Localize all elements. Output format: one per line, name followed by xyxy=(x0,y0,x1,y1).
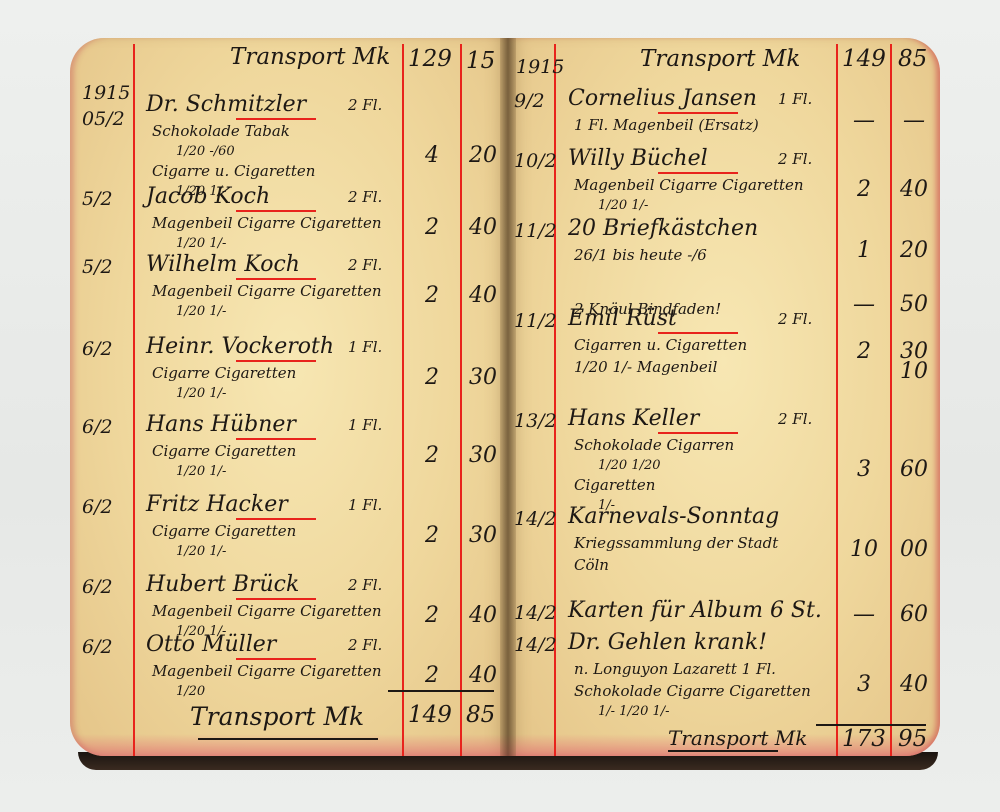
entry-date: 6/2 xyxy=(82,338,113,360)
entry-quantity: 2 Fl. xyxy=(348,636,382,654)
footer-underline xyxy=(198,738,378,740)
entry-amount-mark: 1 xyxy=(838,238,890,263)
entry-date: 14/2 xyxy=(514,634,557,656)
footer-pfennig: 95 xyxy=(898,726,927,752)
entry-amount-mark: 2 xyxy=(404,523,460,548)
entry-name: Fritz Hacker xyxy=(146,492,288,517)
entry-amount-pfennig: 30 xyxy=(462,443,504,468)
entry-amount-pfennig: — xyxy=(892,108,936,133)
entry-amount-pfennig: 40 xyxy=(462,663,504,688)
entry-name: Cornelius Jansen xyxy=(568,86,757,111)
entry-amount-pfennig: 40 xyxy=(892,672,936,697)
entry-name: Karten für Album 6 St. xyxy=(568,598,822,623)
footer-transport-label: Transport Mk xyxy=(190,702,364,731)
entry-name: Otto Müller xyxy=(146,632,276,657)
date-column-rule xyxy=(133,44,135,756)
entry-amount-mark: — xyxy=(838,602,890,627)
entry-quantity: 2 Fl. xyxy=(348,188,382,206)
entry-name: Willy Büchel xyxy=(568,146,708,171)
entry-line: 1/20 1/20 xyxy=(598,458,661,473)
sum-line xyxy=(388,690,494,692)
surname-underline xyxy=(236,438,316,440)
entry-line: Magenbeil Cigarre Cigaretten xyxy=(152,282,382,300)
entry-quantity: 2 Fl. xyxy=(778,310,812,328)
entry-date: 14/2 xyxy=(514,602,557,624)
entry-name: Dr. Gehlen krank! xyxy=(568,630,767,655)
surname-underline xyxy=(658,432,738,434)
entry-amount-mark: — xyxy=(838,292,890,317)
entry-line: Kriegssammlung der Stadt xyxy=(574,534,778,552)
entry-amount-pfennig: 50 xyxy=(892,292,936,317)
header-mark: 149 xyxy=(842,46,886,72)
entry-date: 13/2 xyxy=(514,410,557,432)
header-transport-label: Transport Mk xyxy=(230,44,390,70)
header-pfennig: 85 xyxy=(898,46,927,72)
entry-line: Schokolade Tabak xyxy=(152,122,290,140)
surname-underline xyxy=(236,118,316,120)
entry-date: 9/2 xyxy=(514,90,545,112)
entry-line: Cigarren u. Cigaretten xyxy=(574,336,747,354)
entry-date: 11/2 xyxy=(514,220,557,242)
entry-amount-pfennig: 40 xyxy=(462,603,504,628)
entry-date: 6/2 xyxy=(82,496,113,518)
year: 1915 xyxy=(516,56,564,78)
entry-line: Schokolade Cigarren xyxy=(574,436,734,454)
entry-date: 11/2 xyxy=(514,310,557,332)
entry-date: 5/2 xyxy=(82,256,113,278)
surname-underline xyxy=(236,360,316,362)
entry-name: Wilhelm Koch xyxy=(146,252,300,277)
entry-quantity: 2 Fl. xyxy=(348,96,382,114)
entry-line: 1/20 -/60 xyxy=(176,144,235,159)
entry-amount-mark: 2 xyxy=(404,443,460,468)
entry-line: Magenbeil Cigarre Cigaretten xyxy=(152,214,382,232)
entry-amount-pfennig: 40 xyxy=(892,177,936,202)
entry-amount-pfennig: 20 xyxy=(892,238,936,263)
entry-amount-pfennig: 40 xyxy=(462,283,504,308)
entry-line: 1/20 xyxy=(176,684,205,699)
entry-quantity: 2 Fl. xyxy=(348,256,382,274)
mark-column-rule xyxy=(836,44,838,756)
entry-date: 10/2 xyxy=(514,150,557,172)
entry-line: 1/20 1/- xyxy=(598,198,648,213)
entry-line: Magenbeil Cigarre Cigaretten xyxy=(152,602,382,620)
entry-name: Karnevals-Sonntag xyxy=(568,504,779,529)
entry-name: Heinr. Vockeroth xyxy=(146,334,334,359)
entry-amount-pfennig-2: 10 xyxy=(892,359,936,384)
entry-line: 1/20 1/- xyxy=(176,386,226,401)
surname-underline xyxy=(236,278,316,280)
entry-name: Dr. Schmitzler xyxy=(146,92,306,117)
entry-line: n. Longuyon Lazarett 1 Fl. xyxy=(574,660,776,678)
entry-line: Schokolade Cigarre Cigaretten xyxy=(574,682,811,700)
surname-underline xyxy=(236,518,316,520)
entry-amount-pfennig: 00 xyxy=(892,537,936,562)
entry-amount-pfennig: 60 xyxy=(892,457,936,482)
entry-line: Cöln xyxy=(574,556,609,574)
entry-line: 1/- 1/20 1/- xyxy=(598,704,670,719)
entry-amount-mark: 2 xyxy=(404,215,460,240)
entry-quantity: 1 Fl. xyxy=(348,416,382,434)
entry-line: 1/20 1/- xyxy=(176,544,226,559)
entry-date: 6/2 xyxy=(82,576,113,598)
surname-underline xyxy=(236,210,316,212)
entry-amount-mark: 2 xyxy=(838,339,890,364)
entry-line: 1/20 1/- xyxy=(176,236,226,251)
entry-line: Cigarre u. Cigaretten xyxy=(152,162,315,180)
entry-name: Hans Keller xyxy=(568,406,699,431)
footer-mark: 149 xyxy=(408,702,452,728)
footer-mark: 173 xyxy=(842,726,886,752)
entry-name: Hubert Brück xyxy=(146,572,299,597)
entry-name: Hans Hübner xyxy=(146,412,296,437)
entry-quantity: 1 Fl. xyxy=(348,338,382,356)
entry-amount-pfennig: 20 xyxy=(462,143,504,168)
entry-amount-mark: 4 xyxy=(404,143,460,168)
entry-amount-mark: 2 xyxy=(404,365,460,390)
entry-line: 26/1 bis heute -/6 xyxy=(574,246,707,264)
footer-underline xyxy=(668,750,778,752)
header-mark: 129 xyxy=(408,46,452,72)
entry-quantity: 2 Fl. xyxy=(778,410,812,428)
right-page: 1915 Transport Mk 149 85 9/2Cornelius Ja… xyxy=(508,38,940,756)
surname-underline xyxy=(236,598,316,600)
entry-line: 1/20 1/- xyxy=(176,464,226,479)
entry-amount-mark: 2 xyxy=(404,603,460,628)
surname-underline xyxy=(236,658,316,660)
entry-line: 1/20 1/- Magenbeil xyxy=(574,358,717,376)
binding-gutter xyxy=(500,38,516,756)
left-page: Transport Mk 129 15 1915 05/2Dr. Schmitz… xyxy=(70,38,508,756)
footer-pfennig: 85 xyxy=(466,702,495,728)
surname-underline xyxy=(658,172,738,174)
entry-date: 6/2 xyxy=(82,416,113,438)
entry-date: 5/2 xyxy=(82,188,113,210)
entry-amount-pfennig: 30 xyxy=(462,523,504,548)
entry-date: 05/2 xyxy=(82,108,125,130)
entry-name: Jacob Koch xyxy=(146,184,270,209)
header-transport-label: Transport Mk xyxy=(640,46,800,72)
entry-line: Magenbeil Cigarre Cigaretten xyxy=(152,662,382,680)
entry-amount-mark: 3 xyxy=(838,457,890,482)
entry-name: 20 Briefkästchen xyxy=(568,216,758,241)
entry-quantity: 2 Fl. xyxy=(778,150,812,168)
surname-underline xyxy=(658,332,738,334)
entry-amount-pfennig: 40 xyxy=(462,215,504,240)
entry-amount-mark: 2 xyxy=(838,177,890,202)
surname-underline xyxy=(658,112,738,114)
entry-line: Magenbeil Cigarre Cigaretten xyxy=(574,176,804,194)
entry-line: Cigaretten xyxy=(574,476,655,494)
year: 1915 xyxy=(82,82,130,104)
entry-amount-mark: 2 xyxy=(404,283,460,308)
entry-quantity: 2 Fl. xyxy=(348,576,382,594)
entry-amount-mark: 2 xyxy=(404,663,460,688)
entry-amount-mark: — xyxy=(838,108,890,133)
entry-line: 1 Fl. Magenbeil (Ersatz) xyxy=(574,116,759,134)
entry-line: Cigarre Cigaretten xyxy=(152,522,296,540)
entry-line: Cigarre Cigaretten xyxy=(152,442,296,460)
entry-quantity: 1 Fl. xyxy=(778,90,812,108)
pfennig-column-rule xyxy=(890,44,892,756)
entry-name: Emil Rüst xyxy=(568,306,677,331)
entry-quantity: 1 Fl. xyxy=(348,496,382,514)
header-pfennig: 15 xyxy=(466,48,495,74)
entry-date: 6/2 xyxy=(82,636,113,658)
footer-transport-label: Transport Mk xyxy=(668,726,807,750)
entry-amount-mark: 10 xyxy=(838,537,890,562)
entry-line: Cigarre Cigaretten xyxy=(152,364,296,382)
entry-amount-pfennig: 60 xyxy=(892,602,936,627)
entry-date: 14/2 xyxy=(514,508,557,530)
entry-line: 1/20 1/- xyxy=(176,304,226,319)
entry-amount-pfennig: 30 xyxy=(462,365,504,390)
entry-amount-mark: 3 xyxy=(838,672,890,697)
ledger-notebook: Transport Mk 129 15 1915 05/2Dr. Schmitz… xyxy=(70,38,940,768)
